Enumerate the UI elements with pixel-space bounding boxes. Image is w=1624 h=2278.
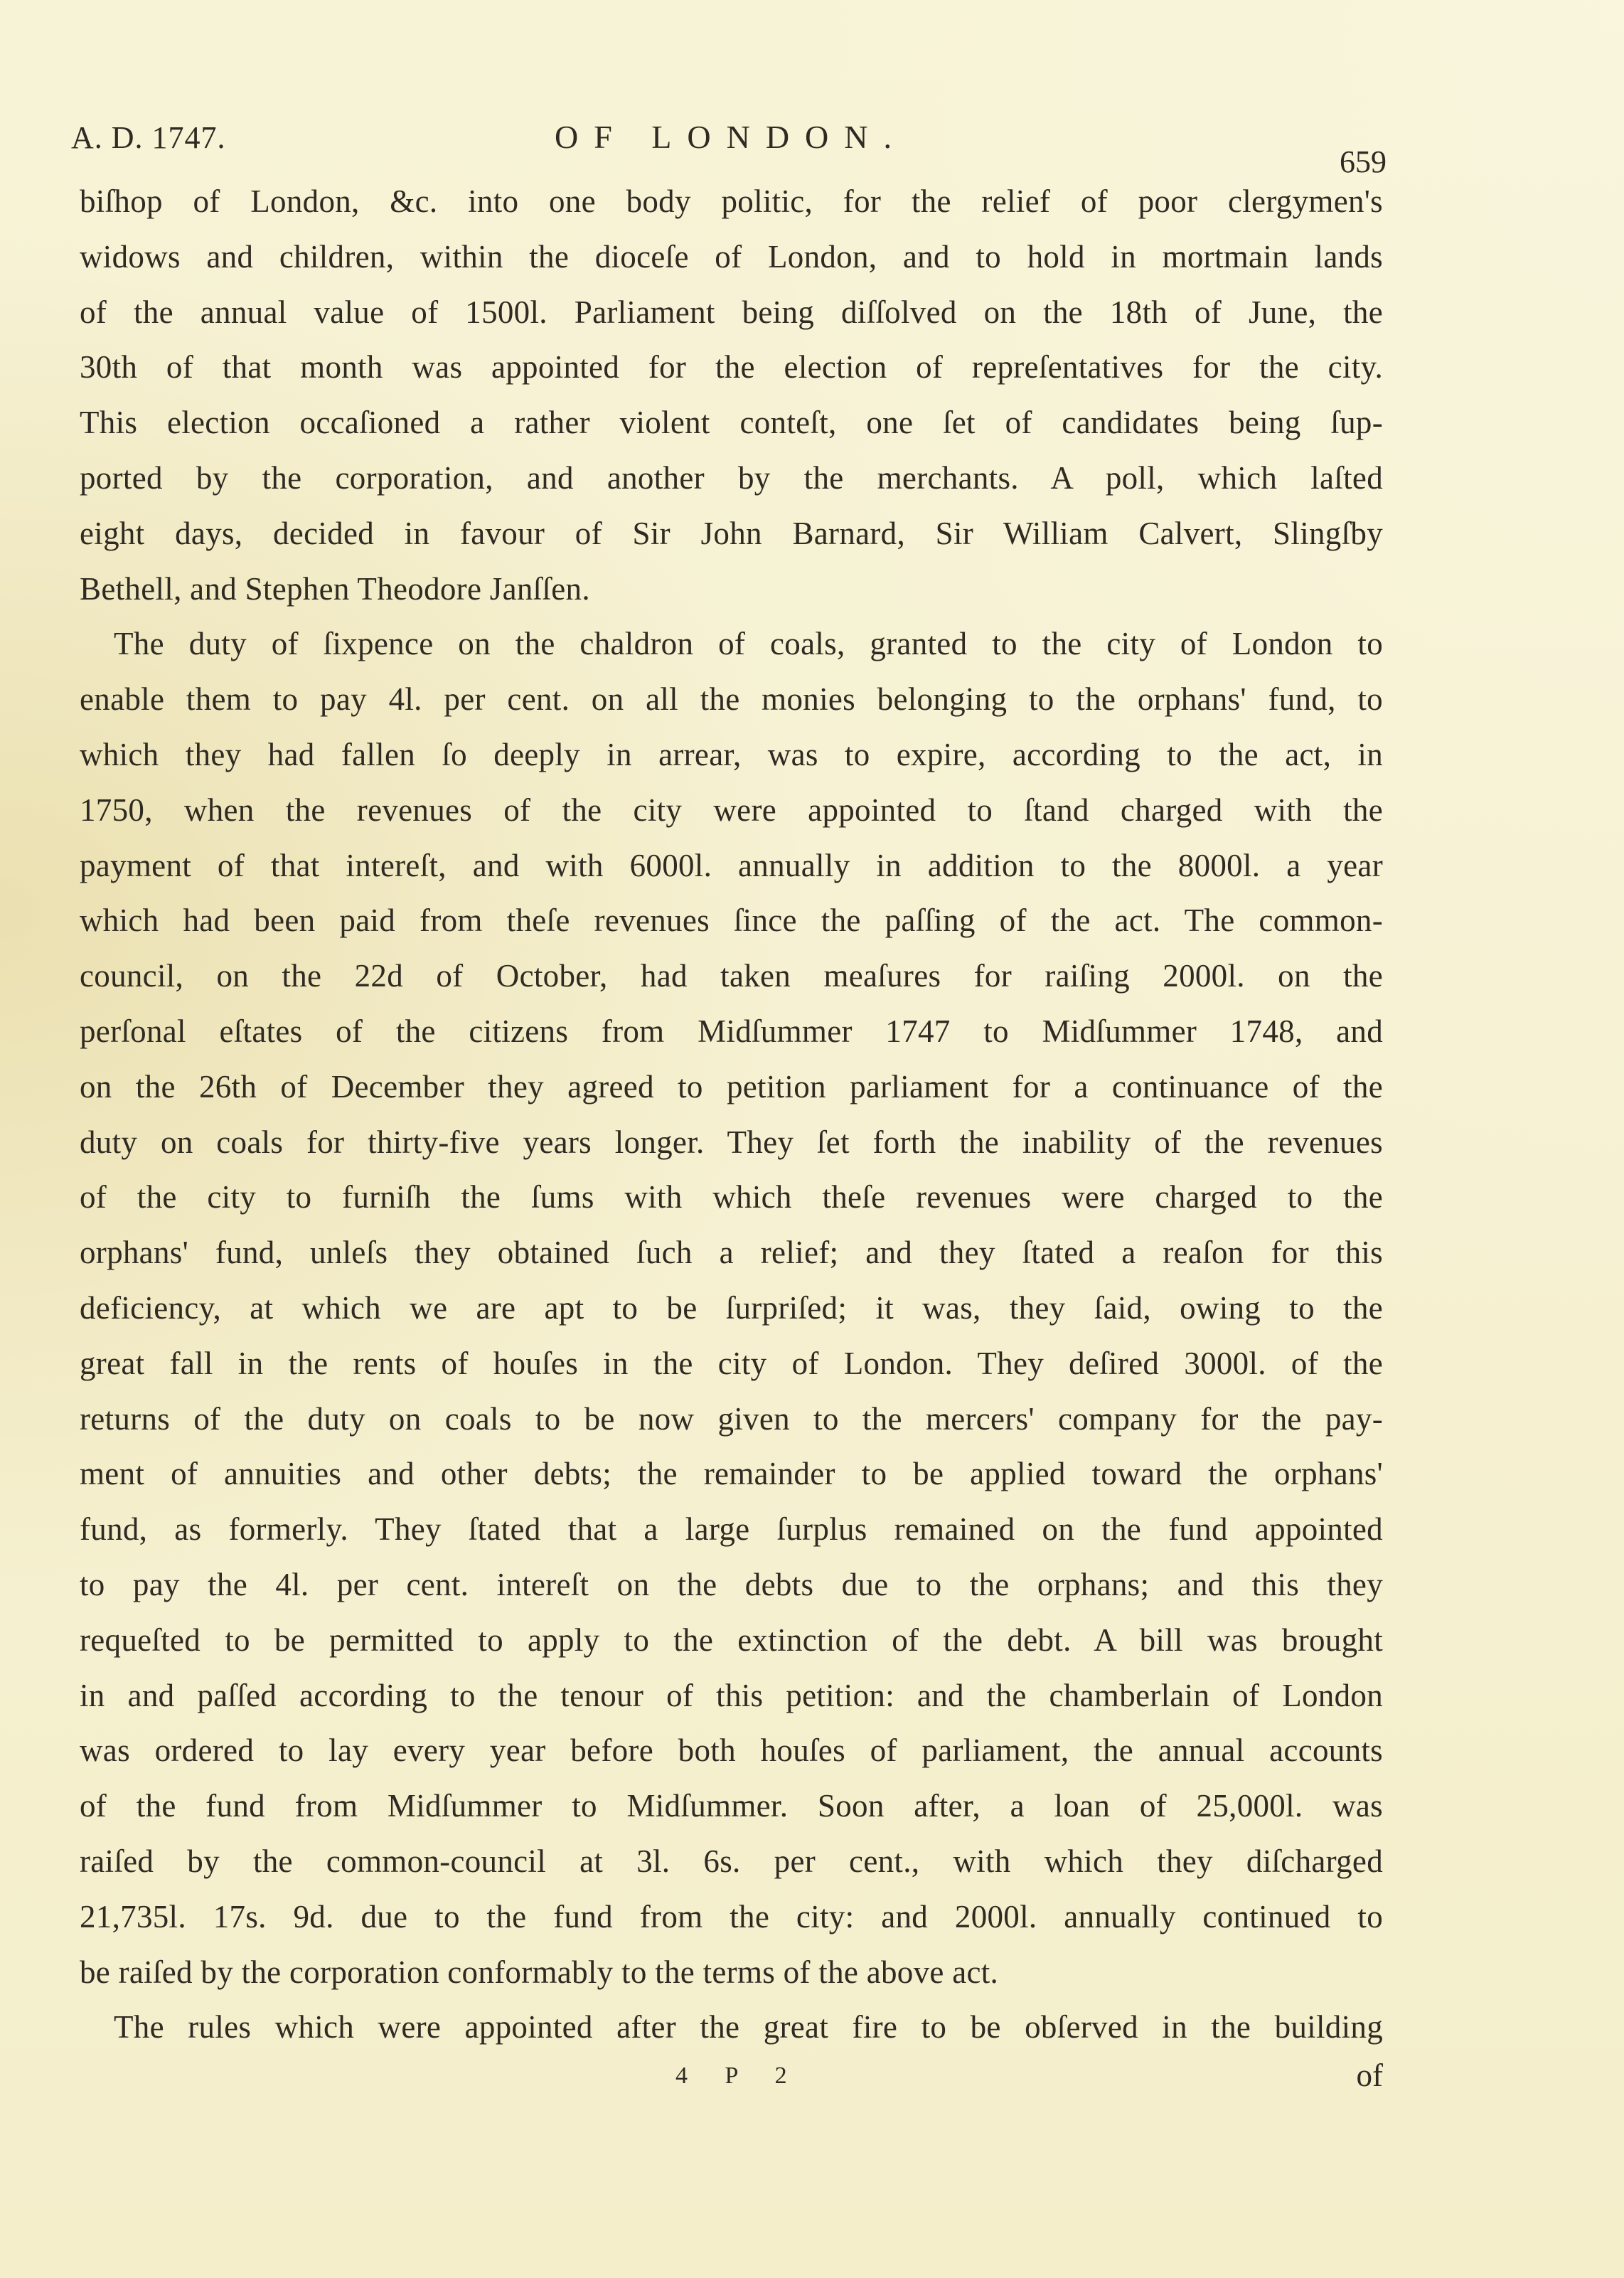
body-text: biſhop of London, &c. into one body poli…: [80, 174, 1383, 2055]
text-line: on the 26th of December they agreed to p…: [80, 1060, 1383, 1115]
text-line: 30th of that month was appointed for the…: [80, 340, 1383, 395]
catchword: of: [1357, 2057, 1384, 2094]
text-line: 21,735l. 17s. 9d. due to the fund from t…: [80, 1890, 1383, 1945]
text-line-paragraph-end: Bethell, and Stephen Theodore Janſſen.: [80, 562, 1383, 617]
text-line: ported by the corporation, and another b…: [80, 451, 1383, 506]
text-line: perſonal eſtates of the citizens from Mi…: [80, 1004, 1383, 1060]
text-line: which had been paid from theſe revenues …: [80, 893, 1383, 949]
running-head-date: A. D. 1747.: [71, 119, 226, 156]
text-line: 1750, when the revenues of the city were…: [80, 783, 1383, 839]
text-line: enable them to pay 4l. per cent. on all …: [80, 672, 1383, 728]
text-line: fund, as formerly. They ſtated that a la…: [80, 1502, 1383, 1558]
text-line: in and paſſed according to the tenour of…: [80, 1668, 1383, 1724]
text-line-paragraph-start: The duty of ſixpence on the chaldron of …: [80, 617, 1383, 672]
page-footer: 4 P 2 of: [80, 2063, 1383, 2105]
text-line: council, on the 22d of October, had take…: [80, 949, 1383, 1004]
text-line: duty on coals for thirty-five years long…: [80, 1115, 1383, 1171]
text-line: to pay the 4l. per cent. intereſt on the…: [80, 1558, 1383, 1613]
text-line: raiſed by the common-council at 3l. 6s. …: [80, 1834, 1383, 1890]
text-line-paragraph-start: The rules which were appointed after the…: [80, 2000, 1383, 2055]
text-line: biſhop of London, &c. into one body poli…: [80, 174, 1383, 230]
running-head-title: OF LONDON.: [555, 118, 907, 156]
running-head: A. D. 1747. OF LONDON. 659: [71, 112, 1387, 162]
text-line: was ordered to lay every year before bot…: [80, 1723, 1383, 1779]
text-line: of the annual value of 1500l. Parliament…: [80, 285, 1383, 341]
text-line: payment of that intereſt, and with 6000l…: [80, 839, 1383, 894]
text-line: ment of annuities and other debts; the r…: [80, 1447, 1383, 1502]
text-line: widows and children, within the dioceſe …: [80, 230, 1383, 285]
text-line: This election occaſioned a rather violen…: [80, 395, 1383, 451]
book-page: A. D. 1747. OF LONDON. 659 biſhop of Lon…: [0, 0, 1624, 2278]
text-line: of the city to furniſh the ſums with whi…: [80, 1170, 1383, 1225]
text-line: great fall in the rents of houſes in the…: [80, 1336, 1383, 1392]
text-line: of the fund from Midſummer to Midſummer.…: [80, 1779, 1383, 1834]
text-line-paragraph-end: be raiſed by the corporation conformably…: [80, 1945, 1383, 2001]
text-line: eight days, decided in favour of Sir Joh…: [80, 506, 1383, 562]
text-line: returns of the duty on coals to be now g…: [80, 1392, 1383, 1447]
text-line: requeſted to be permitted to apply to th…: [80, 1613, 1383, 1668]
signature-mark: 4 P 2: [675, 2063, 803, 2090]
text-line: deficiency, at which we are apt to be ſu…: [80, 1281, 1383, 1336]
text-line: which they had fallen ſo deeply in arrea…: [80, 728, 1383, 783]
text-line: orphans' fund, unleſs they obtained ſuch…: [80, 1225, 1383, 1281]
